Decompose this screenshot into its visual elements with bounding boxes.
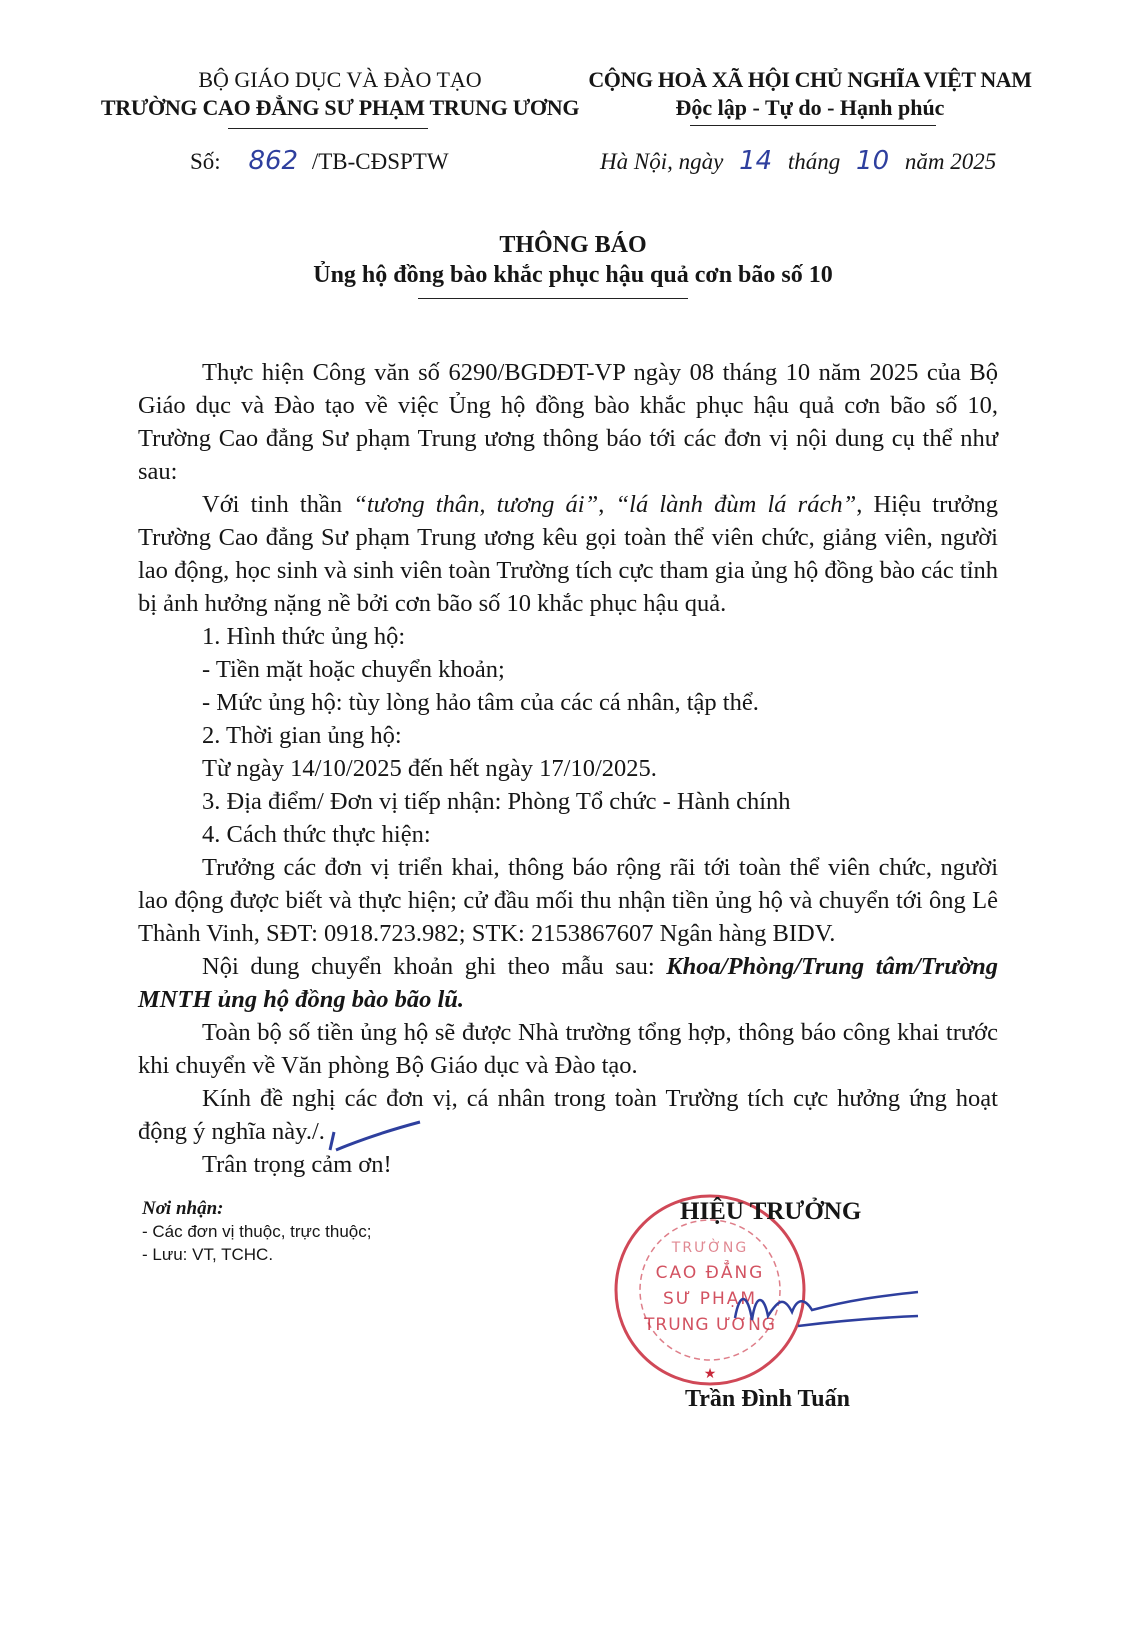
header-right-divider	[690, 125, 936, 126]
transfer-pre: Nội dung chuyển khoản ghi theo mẫu sau:	[202, 953, 666, 980]
intro-paragraph: Thực hiện Công văn số 6290/BGDĐT-VP ngày…	[138, 356, 998, 488]
recipient-item: - Các đơn vị thuộc, trực thuộc;	[142, 1220, 371, 1243]
recipient-item: - Lưu: VT, TCHC.	[142, 1243, 371, 1266]
section-1-item-1: - Tiền mặt hoặc chuyển khoản;	[138, 653, 998, 686]
date-place: Hà Nội, ngày	[600, 149, 723, 174]
section-1-item-2: - Mức ủng hộ: tùy lòng hảo tâm của các c…	[138, 686, 998, 719]
handwritten-day: 14	[739, 146, 772, 176]
handwritten-number: 862	[248, 146, 298, 176]
section-4-heading: 4. Cách thức thực hiện:	[138, 818, 998, 851]
svg-text:TRƯỜNG: TRƯỜNG	[671, 1238, 748, 1256]
issue-date: Hà Nội, ngày 14 tháng 10 năm 2025	[600, 146, 996, 176]
svg-text:★: ★	[704, 1366, 717, 1382]
document-number: Số: 862 /TB-CĐSPTW	[190, 146, 449, 176]
number-label: Số:	[190, 149, 221, 174]
section-2-heading: 2. Thời gian ủng hộ:	[138, 719, 998, 752]
month-label: tháng	[788, 149, 840, 174]
section-3-heading: 3. Địa điểm/ Đơn vị tiếp nhận: Phòng Tổ …	[138, 785, 998, 818]
transfer-note: Nội dung chuyển khoản ghi theo mẫu sau: …	[138, 950, 998, 1016]
recipients-block: Nơi nhận: - Các đơn vị thuộc, trực thuộc…	[142, 1198, 371, 1266]
header-left-divider	[228, 128, 428, 129]
year-label: năm 2025	[905, 149, 996, 174]
motto: Độc lập - Tự do - Hạnh phúc	[570, 94, 1050, 122]
appeal-pre: Với tinh thần	[202, 491, 353, 518]
ministry-name: BỘ GIÁO DỤC VÀ ĐÀO TẠO	[80, 66, 600, 94]
svg-text:TRUNG ƯƠNG: TRUNG ƯƠNG	[643, 1315, 776, 1335]
request-paragraph: Kính đề nghị các đơn vị, cá nhân trong t…	[138, 1082, 998, 1148]
appeal-paragraph: Với tinh thần “tương thân, tương ái”, “l…	[138, 488, 998, 620]
number-suffix: /TB-CĐSPTW	[312, 149, 449, 174]
handwritten-month: 10	[856, 146, 889, 176]
title-divider	[418, 298, 688, 299]
document-title: THÔNG BÁO	[0, 232, 1146, 259]
total-paragraph: Toàn bộ số tiền ủng hộ sẽ được Nhà trườn…	[138, 1016, 998, 1082]
quote-sep: ,	[598, 491, 615, 518]
section-1-heading: 1. Hình thức ủng hộ:	[138, 620, 998, 653]
recipients-heading: Nơi nhận:	[142, 1198, 371, 1220]
quote-2: “lá lành đùm lá rách”	[616, 491, 857, 518]
signatory-title: HIỆU TRƯỞNG	[680, 1198, 861, 1226]
svg-text:SƯ PHẠM: SƯ PHẠM	[663, 1289, 757, 1309]
quote-1: “tương thân, tương ái”	[353, 491, 598, 518]
country-name: CỘNG HOÀ XÃ HỘI CHỦ NGHĨA VIỆT NAM	[570, 66, 1050, 94]
section-4-text: Trưởng các đơn vị triển khai, thông báo …	[138, 851, 998, 950]
school-name: TRƯỜNG CAO ĐẲNG SƯ PHẠM TRUNG ƯƠNG	[80, 94, 600, 122]
document-subject: Ủng hộ đồng bào khắc phục hậu quả cơn bã…	[0, 262, 1146, 289]
national-title: CỘNG HOÀ XÃ HỘI CHỦ NGHĨA VIỆT NAM Độc l…	[570, 66, 1050, 122]
svg-text:CAO ĐẲNG: CAO ĐẲNG	[656, 1259, 765, 1283]
closing: Trân trọng cảm ơn!	[138, 1148, 998, 1181]
document-body: Thực hiện Công văn số 6290/BGDĐT-VP ngày…	[138, 356, 998, 1181]
section-2-text: Từ ngày 14/10/2025 đến hết ngày 17/10/20…	[138, 752, 998, 785]
issuing-authority: BỘ GIÁO DỤC VÀ ĐÀO TẠO TRƯỜNG CAO ĐẲNG S…	[80, 66, 600, 122]
signatory-name: Trần Đình Tuấn	[685, 1386, 850, 1413]
